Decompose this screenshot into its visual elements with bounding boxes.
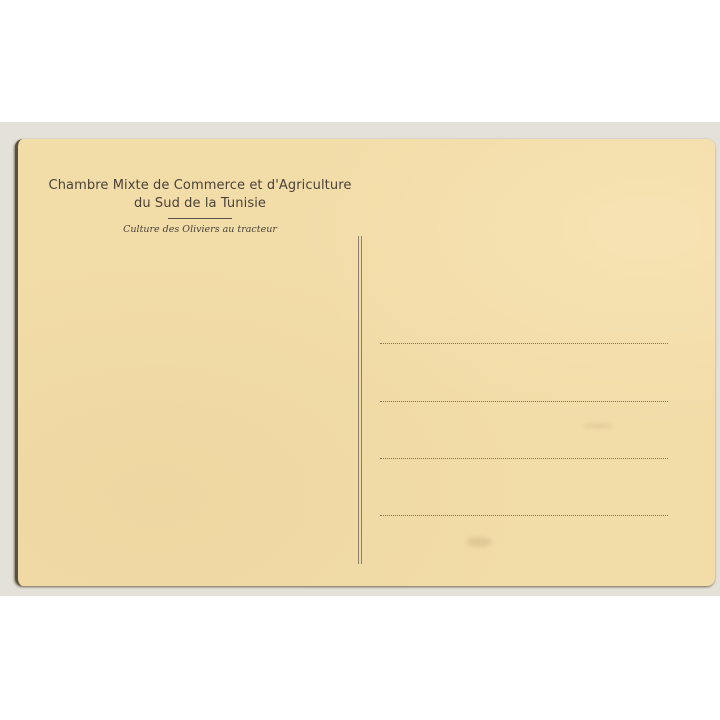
postcard-back: Chambre Mixte de Commerce et d'Agricultu… <box>15 139 715 586</box>
smudge-mark <box>583 424 613 428</box>
postcard-header: Chambre Mixte de Commerce et d'Agricultu… <box>40 177 360 235</box>
address-line-4 <box>380 515 668 516</box>
center-divider <box>358 236 362 564</box>
address-line-3 <box>380 458 668 459</box>
header-rule <box>168 218 232 219</box>
publisher-line-2: du Sud de la Tunisie <box>40 195 360 213</box>
publisher-line-1: Chambre Mixte de Commerce et d'Agricultu… <box>40 177 360 195</box>
address-line-1 <box>380 343 668 344</box>
caption: Culture des Oliviers au tracteur <box>40 224 360 235</box>
address-line-2 <box>380 401 668 402</box>
smudge-mark <box>466 537 492 547</box>
